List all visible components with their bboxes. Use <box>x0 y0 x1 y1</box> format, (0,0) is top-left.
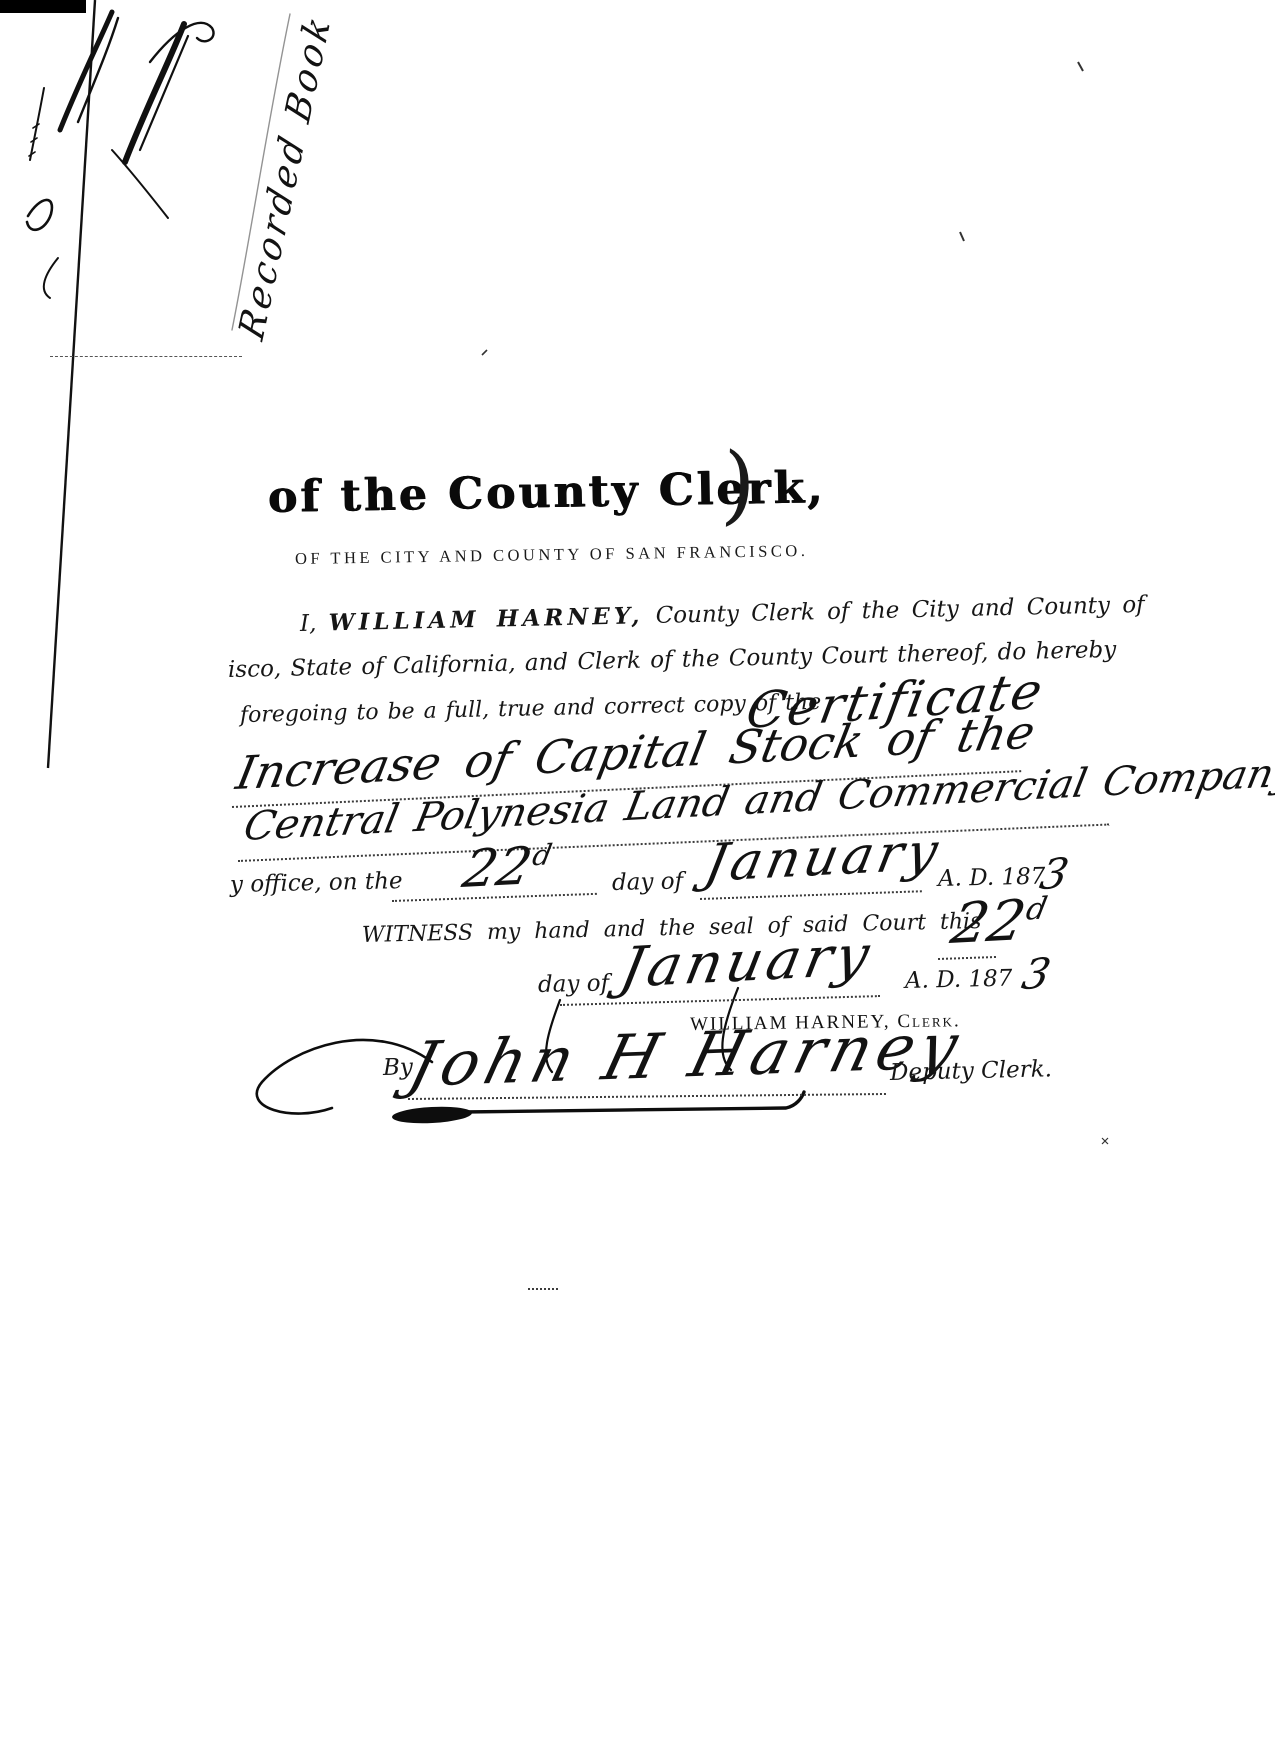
blank-line-witness-month <box>560 995 880 1006</box>
witness-year-printed: A. D. 187 <box>905 966 1013 994</box>
corner-scan-bar <box>0 0 86 13</box>
fold-dashed-line <box>50 356 242 357</box>
line1-lead: I, <box>300 611 317 637</box>
bottom-stray-dots <box>528 1288 558 1290</box>
witness-day-number: 22 <box>946 888 1031 957</box>
handwritten-witness-day: 22d <box>946 887 1051 957</box>
clerk-name-printed: WILLIAM HARNEY, <box>328 602 643 636</box>
deputy-signature: John H Harney <box>402 1009 971 1101</box>
signature-ink-blot <box>392 1105 473 1125</box>
handwritten-filed-day: 22d <box>458 836 555 900</box>
line1-rest: County Clerk of the City and County of <box>655 592 1145 629</box>
witness-day-of-label: day of <box>538 970 610 998</box>
header-brace: ) <box>720 441 758 529</box>
filed-day-number: 22 <box>458 837 537 900</box>
header-subtitle: OF THE CITY AND COUNTY OF SAN FRANCISCO. <box>295 541 809 569</box>
deputy-title: Deputy Clerk. <box>890 1056 1053 1086</box>
filed-day-of-label: day of <box>612 868 684 896</box>
filed-line-lead: y office, on the <box>230 868 403 898</box>
handwritten-filed-month: January <box>700 822 947 894</box>
handwritten-witness-year-digit: 3 <box>1018 949 1055 999</box>
handwritten-witness-month: January <box>615 923 878 1001</box>
document-page: Recorded Book of the County Clerk, ) OF … <box>0 0 1275 1754</box>
page-crease-line <box>48 0 95 768</box>
body-line-1: I, WILLIAM HARNEY, County Clerk of the C… <box>300 591 1145 637</box>
margin-note-recorded: Recorded Book <box>232 7 339 345</box>
